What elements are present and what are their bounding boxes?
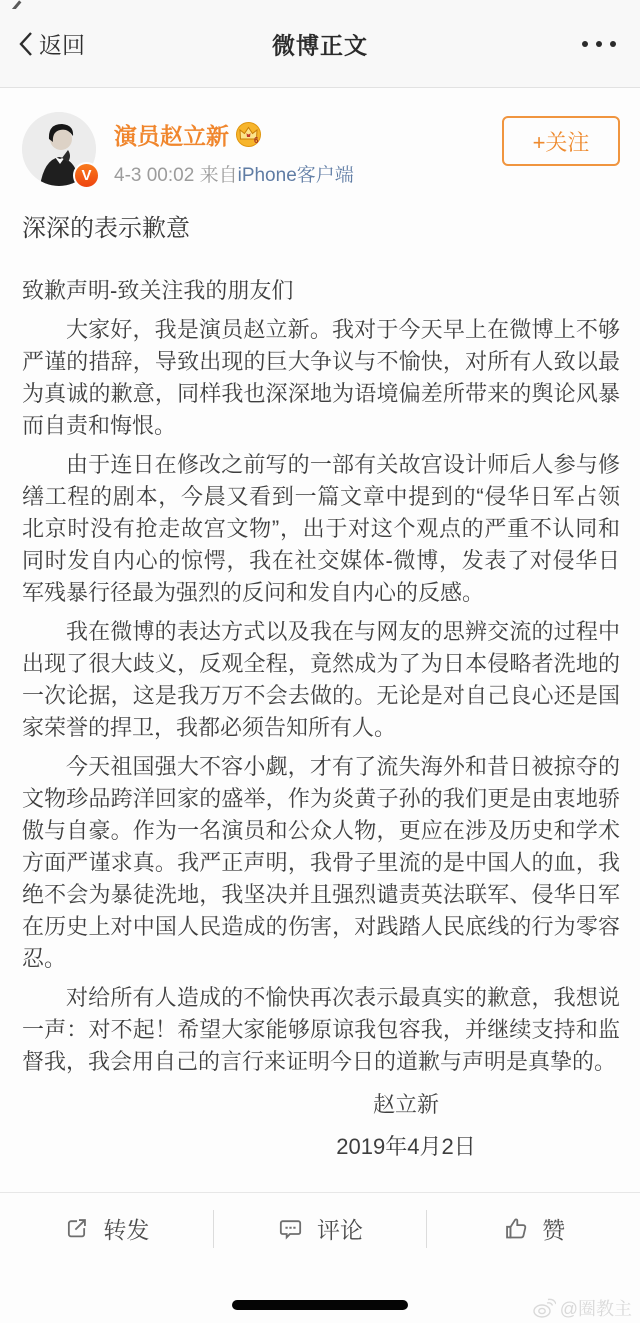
repost-icon bbox=[63, 1215, 90, 1242]
paragraph: 今天祖国强大不容小觑，才有了流失海外和昔日被掠夺的文物珍品跨洋回家的盛举，作为炎… bbox=[22, 751, 620, 975]
vip-crown-icon: 6 bbox=[235, 122, 262, 147]
follow-button[interactable]: +关注 bbox=[502, 116, 620, 166]
like-icon bbox=[502, 1215, 529, 1242]
salutation-line: 致歉声明-致关注我的朋友们 bbox=[22, 275, 620, 307]
source-prefix: 来自 bbox=[200, 165, 238, 186]
more-button[interactable] bbox=[582, 33, 616, 55]
paragraph: 对给所有人造成的不愉快再次表示最真实的歉意，我想说一声：对不起！希望大家能够原谅… bbox=[22, 982, 620, 1078]
paragraph: 由于连日在修改之前写的一部有关故宫设计师后人参与修缮工程的剧本，今晨又看到一篇文… bbox=[22, 449, 620, 609]
more-dots-icon bbox=[582, 41, 588, 47]
paragraph: 我在微博的表达方式以及我在与网友的思辨交流的过程中出现了很大歧义，反观全程，竟然… bbox=[22, 616, 620, 744]
source-link[interactable]: iPhone客户端 bbox=[238, 165, 354, 186]
watermark: @圈教主 bbox=[532, 1295, 632, 1321]
cropped-corner-artifact bbox=[8, 0, 22, 9]
repost-label: 转发 bbox=[103, 1212, 149, 1245]
comment-label: 评论 bbox=[317, 1212, 363, 1245]
page-title: 微博正文 bbox=[272, 27, 368, 60]
weibo-logo-icon bbox=[532, 1298, 556, 1318]
comment-icon bbox=[277, 1215, 304, 1242]
svg-text:6: 6 bbox=[254, 136, 259, 145]
comment-button[interactable]: 评论 bbox=[214, 1193, 427, 1264]
like-button[interactable]: 赞 bbox=[427, 1193, 640, 1264]
watermark-handle: @圈教主 bbox=[560, 1295, 632, 1321]
back-button[interactable]: 返回 bbox=[18, 27, 85, 60]
signature-name: 赵立新 bbox=[192, 1088, 620, 1122]
action-bar: 转发 评论 赞 bbox=[0, 1192, 640, 1264]
signature-date: 2019年4月2日 bbox=[192, 1130, 620, 1164]
nav-bar: 返回 微博正文 bbox=[0, 0, 640, 88]
user-header: V 演员赵立新 6 4-3 00:02 来自iPhone客户端 +关注 bbox=[22, 112, 620, 190]
signature-block: 赵立新 2019年4月2日 bbox=[22, 1088, 620, 1164]
post-title: 深深的表示歉意 bbox=[22, 208, 620, 243]
weibo-post-screen: 返回 微博正文 V 演员赵立新 bbox=[0, 0, 640, 1323]
paragraph: 大家好，我是演员赵立新。我对于今天早上在微博上不够严谨的措辞，导致出现的巨大争议… bbox=[22, 314, 620, 442]
timestamp: 4-3 00:02 bbox=[114, 165, 194, 186]
back-chevron-icon bbox=[18, 31, 33, 57]
username[interactable]: 演员赵立新 bbox=[114, 118, 229, 151]
verified-badge: V bbox=[73, 162, 100, 189]
repost-button[interactable]: 转发 bbox=[0, 1193, 213, 1264]
back-label: 返回 bbox=[39, 27, 85, 60]
like-label: 赞 bbox=[542, 1212, 565, 1245]
avatar[interactable]: V bbox=[22, 112, 96, 186]
home-indicator[interactable] bbox=[232, 1300, 408, 1310]
post-body: 致歉声明-致关注我的朋友们 大家好，我是演员赵立新。我对于今天早上在微博上不够严… bbox=[22, 275, 620, 1164]
